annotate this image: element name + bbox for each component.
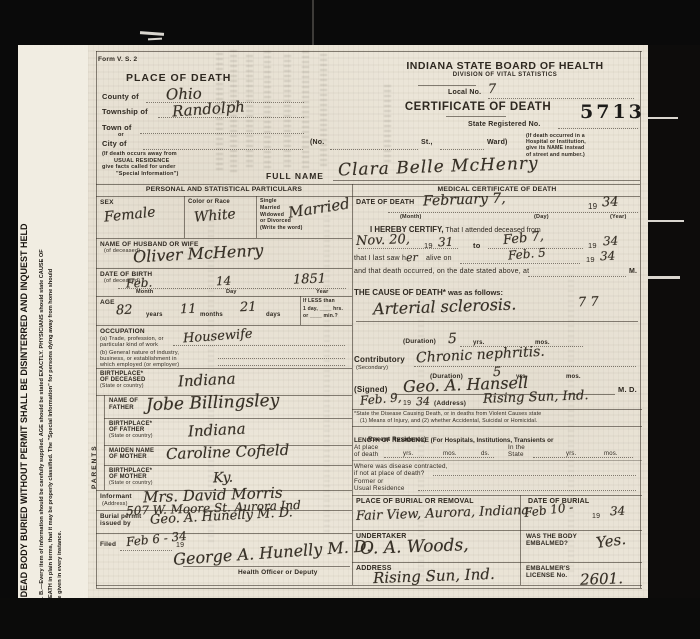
at-place-label-2: of death: [354, 451, 378, 459]
date-of-death-value: February 7,: [423, 191, 506, 210]
blank-line: [533, 456, 633, 458]
less-note-2: 1 day, ____ hrs.: [303, 306, 343, 312]
physician-address-value: Rising Sun, Ind.: [483, 388, 589, 407]
blank-line: [140, 132, 304, 134]
blank-line: [143, 148, 303, 150]
no-paren: (No.: [310, 139, 324, 147]
rule: [96, 296, 352, 297]
burial-year-value: 34: [610, 504, 626, 519]
blank-line: [120, 549, 172, 551]
informant-label: Informant: [100, 493, 132, 501]
bleed-artifact: [384, 85, 391, 165]
rule: [96, 184, 640, 185]
blank-line: [558, 127, 638, 129]
certificate-title: CERTIFICATE OF DEATH: [388, 101, 568, 115]
marital-option-married: Married: [260, 205, 280, 211]
month-paren: (Month): [400, 214, 422, 221]
form-number: Form V. S. 2: [98, 56, 137, 64]
address-paren-label: (Address): [434, 400, 466, 408]
years-word: years: [146, 312, 163, 319]
hospital-note-1: (If death occurred in a: [526, 133, 585, 139]
occupation-a-label-2: particular kind of work: [100, 342, 158, 349]
st-label: St.,: [421, 139, 433, 147]
burial-permit-label-2: issued by: [100, 520, 131, 528]
blank-line: [218, 357, 345, 359]
full-name-label: FULL NAME: [266, 171, 324, 181]
certificate-paper: Form V. S. 2 PLACE OF DEATH County of Oh…: [88, 45, 648, 598]
occupation-label: OCCUPATION: [100, 328, 145, 336]
mother-maiden-label-2: OF MOTHER: [109, 454, 147, 461]
bleed-artifact: [284, 55, 291, 167]
board-title: INDIANA STATE BOARD OF HEALTH: [370, 60, 640, 73]
rule: [300, 296, 301, 325]
rule: [96, 51, 97, 588]
age-label: AGE: [100, 299, 115, 307]
scan-border-top: [0, 0, 700, 45]
less-note-3: or ____ min.?: [303, 313, 338, 319]
rule: [446, 116, 506, 117]
scanned-death-certificate: WRITE PLAINLY, WITH UNFADING INK—THIS IS…: [0, 0, 700, 639]
age-years-value: 82: [116, 303, 133, 319]
residence-note-1: (If death occurs away from: [102, 151, 177, 157]
bleed-artifact: [324, 205, 330, 535]
blank-line: [488, 97, 634, 99]
cause-stray-marks: 7 7: [578, 295, 599, 311]
mother-birthplace-value: Ky.: [213, 470, 234, 487]
rule: [333, 180, 640, 181]
less-than-day-note: If LESS than 1 day, ____ hrs. or ____ mi…: [303, 298, 343, 321]
marital-option-single: Single: [260, 198, 277, 204]
town-label: Town of: [102, 123, 132, 132]
dob-year-value: 1851: [293, 271, 327, 287]
local-no-label: Local No.: [448, 89, 481, 97]
last-saw-her: er: [406, 251, 418, 264]
day-word: Day: [226, 289, 237, 296]
blank-line: [218, 364, 345, 366]
less-note-1: If LESS than: [303, 298, 335, 304]
state-label: State: [508, 451, 524, 459]
contracted-label-2: if not at place of death?: [354, 470, 424, 478]
md-word: M. D.: [618, 385, 637, 394]
father-name-value: Jobe Billingsley: [146, 391, 280, 416]
margin-note-line-2: DEATH in plain terms, that it may be pro…: [48, 269, 54, 598]
marital-option-widowed: Widowed: [260, 212, 284, 218]
marital-write-word: (Write the word): [260, 225, 303, 231]
birthplace-label-3: (State or country): [100, 383, 144, 389]
rule: [418, 85, 476, 86]
race-label: Color or Race: [188, 199, 230, 206]
rule: [256, 196, 257, 238]
rule: [352, 409, 642, 410]
margin-warning-line-2: A DEAD BODY BURIED WITHOUT PERMIT SHALL …: [19, 223, 29, 598]
rule: [352, 426, 642, 427]
former-label-2: Usual Residence: [354, 485, 405, 493]
scan-artifact: [648, 117, 678, 119]
in-state-mos: mos.: [604, 451, 618, 458]
informant-address-label: (Address): [102, 501, 128, 508]
father-name-label-2: FATHER: [109, 405, 134, 412]
bleed-artifact: [302, 51, 309, 171]
day-paren: (Day): [534, 214, 549, 221]
m-word: M.: [629, 268, 637, 276]
blank-line: [418, 489, 636, 491]
at-place-ds: ds.: [481, 451, 490, 458]
age-days-value: 21: [240, 300, 257, 316]
blank-line: [414, 365, 636, 367]
year-paren: (Year): [610, 214, 627, 221]
embalmer-license-label-2: LICENSE No.: [526, 572, 567, 580]
full-name-value: Clara Belle McHenry: [338, 154, 539, 181]
date-of-death-label: DATE OF DEATH: [356, 199, 414, 207]
rule: [184, 196, 185, 238]
to-word: to: [473, 241, 480, 250]
local-no-value: 7: [488, 82, 497, 97]
embalmed-label-2: EMBALMED?: [526, 540, 568, 548]
sig-year-value: 34: [416, 395, 430, 408]
at-place-mos: mos.: [443, 451, 457, 458]
margin-note-line-1: N. B.—Every item of information should b…: [39, 249, 45, 598]
signed-date-value: Feb. 9,: [359, 390, 402, 408]
or-word: or: [118, 132, 124, 139]
rule: [96, 325, 352, 326]
registration-number-stamp: 5713: [580, 101, 645, 123]
township-label: Township of: [102, 107, 148, 116]
occurred-line: and that death occurred, on the date sta…: [354, 268, 529, 276]
rule: [96, 51, 642, 52]
blank-line: [460, 262, 580, 264]
blank-line: [433, 474, 636, 476]
hospital-note-2: Hospital or Institution,: [526, 139, 586, 145]
rule: [96, 238, 352, 239]
embalmed-value: Yes.: [595, 530, 627, 552]
rule: [352, 460, 642, 461]
dob-day-value: 14: [216, 274, 232, 289]
age-months-value: 11: [180, 302, 197, 318]
last-saw-date: Feb. 5: [507, 245, 546, 262]
ward-label: Ward): [487, 139, 508, 147]
father-birthplace-label-3: (State or country): [109, 433, 153, 439]
scan-artifact: [312, 0, 314, 45]
mother-maiden-value: Caroline Cofield: [166, 441, 290, 463]
occupation-b-label-3: which employed (or employer): [100, 362, 179, 369]
scan-border-left: [0, 45, 18, 598]
contributory-value: Chronic nephritis.: [416, 344, 545, 367]
margin-note-line-3: be given in every instance.: [57, 531, 63, 598]
sig-19-printed: 19: [403, 400, 411, 408]
bleed-artifact: [246, 55, 253, 170]
in-state-yrs: yrs.: [566, 451, 576, 458]
contributory-label: Contributory: [354, 355, 405, 365]
residence-note: (If death occurs away from USUAL RESIDEN…: [102, 151, 178, 177]
scan-artifact: [648, 220, 684, 222]
year-word: Year: [316, 289, 328, 296]
rule: [356, 321, 638, 322]
marital-option-divorced: or Divorced: [260, 218, 291, 224]
personal-section-title: PERSONAL AND STATISTICAL PARTICULARS: [96, 186, 352, 194]
saw-19-printed: 19: [586, 255, 595, 264]
residence-length-rest: (For Hospitals, Institutions, Transients…: [429, 437, 554, 444]
blank-line: [528, 275, 626, 277]
city-label: City of: [102, 139, 127, 148]
duration1-value: 5: [448, 331, 457, 347]
blank-line: [330, 148, 418, 150]
cause-bold: THE CAUSE OF DEATH*: [354, 288, 446, 297]
embalmer-license-value: 2601.: [580, 569, 624, 588]
days-word: days: [266, 312, 280, 319]
to-year-value: 34: [603, 234, 619, 249]
scan-border-bottom: [0, 598, 700, 639]
burial-19-printed: 19: [592, 513, 600, 521]
month-word: Month: [136, 289, 154, 296]
rule: [352, 495, 642, 496]
rule: [96, 585, 642, 586]
rule: [96, 588, 642, 589]
sex-label: SEX: [100, 199, 114, 207]
rule: [352, 562, 642, 563]
parents-vertical-label: PARENTS: [91, 444, 98, 489]
father-birthplace-value: Indiana: [188, 420, 246, 441]
margin-warning-strip: WRITE PLAINLY, WITH UNFADING INK—THIS IS…: [18, 45, 88, 598]
bleed-artifact: [264, 51, 271, 171]
undertaker-value: O. A. Woods,: [360, 535, 469, 559]
health-officer-label: Health Officer or Deputy: [238, 569, 318, 577]
scan-border-right: [648, 45, 700, 598]
birthplace-value: Indiana: [178, 370, 236, 391]
race-value: White: [193, 206, 236, 226]
rule: [104, 418, 352, 419]
division-subtitle: DIVISION OF VITAL STATISTICS: [370, 72, 640, 79]
last-saw-mid: alive on: [426, 255, 452, 263]
rule: [104, 465, 352, 466]
rule: [640, 51, 641, 588]
rule: [96, 196, 640, 197]
rule: [104, 395, 105, 490]
cause-value: Arterial sclerosis.: [373, 295, 517, 319]
hospital-note-3: give its NAME instead: [526, 145, 584, 151]
residence-note-3: give facts called for under: [102, 164, 176, 170]
undertaker-address-value: Rising Sun, Ind.: [373, 565, 495, 587]
filed-label: Filed: [100, 541, 116, 549]
bleed-artifact: [320, 54, 327, 166]
residence-note-2: USUAL RESIDENCE: [114, 158, 169, 164]
blank-line: [440, 148, 484, 150]
health-officer-signature: George A. Hunelly M. D.: [173, 536, 372, 569]
duration1-label: (Duration): [403, 338, 436, 346]
blank-line: [388, 211, 638, 213]
to-19-printed: 19: [588, 241, 597, 250]
scan-artifact: [648, 276, 680, 279]
rule: [96, 268, 352, 269]
last-saw-pre: that I last saw h: [354, 255, 406, 263]
rule: [352, 184, 353, 585]
cause-footnote-2: (1) Means of Injury, and (2) whether Acc…: [360, 418, 538, 424]
months-word: months: [200, 312, 223, 319]
residence-length-line2: Recent Residents): [368, 436, 426, 444]
saw-year-value: 34: [600, 249, 616, 264]
dod-year-value: 34: [602, 195, 619, 211]
residence-note-4: "Special Information"): [116, 171, 178, 177]
cause-footnote-1: *State the Disease Causing Death, or in …: [354, 411, 541, 417]
contributory-sublabel: (Secondary): [356, 365, 388, 372]
duration2-mos: mos.: [566, 374, 581, 381]
blank-line: [384, 456, 494, 458]
sex-value: Female: [103, 204, 156, 225]
rule: [352, 530, 642, 531]
county-label: County of: [102, 92, 139, 101]
blank-line: [358, 247, 458, 249]
rule: [183, 566, 350, 567]
mother-birthplace-label-3: (State or country): [109, 480, 153, 486]
at-place-yrs: yrs.: [403, 451, 413, 458]
place-of-death-title: PLACE OF DEATH: [126, 72, 231, 85]
state-registered-label: State Registered No.: [468, 121, 540, 129]
